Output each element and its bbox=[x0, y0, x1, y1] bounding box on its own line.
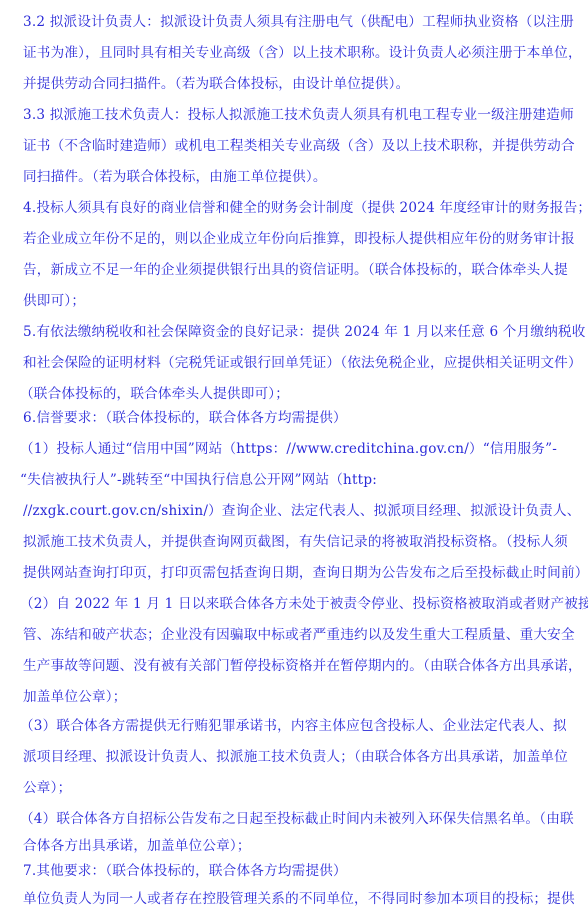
text-line: （联合体投标的，联合体牵头人提供即可）； bbox=[20, 385, 289, 403]
section-heading: 7.其他要求：（联合体投标的，联合体各方均需提供） bbox=[23, 862, 347, 880]
text-line: 3.2 拟派设计负责人：拟派设计负责人须具有注册电气（供配电）工程师执业资格（以… bbox=[23, 13, 574, 31]
text-line: 若企业成立年份不足的，则以企业成立年份向后推算，即投标人提供相应年份的财务审计报 bbox=[23, 230, 575, 248]
text-line: 3.3 拟派施工技术负责人：投标人拟派施工技术负责人须具有机电工程专业一级注册建… bbox=[23, 106, 574, 124]
text-line: 证书（不含临时建造师）或机电工程类相关专业高级（含）及以上技术职称，并提供劳动合 bbox=[23, 137, 575, 155]
section-heading: 6.信誉要求：（联合体投标的，联合体各方均需提供） bbox=[23, 409, 347, 427]
text-line: （3）联合体各方需提供无行贿犯罪承诺书，内容主体应包含投标人、企业法定代表人、拟 bbox=[20, 717, 567, 735]
text-line: //zxgk.court.gov.cn/shixin/）查询企业、法定代表人、拟… bbox=[23, 502, 581, 520]
text-line: 4.投标人须具有良好的商业信誉和健全的财务会计制度（提供 2024 年度经审计的… bbox=[23, 199, 588, 217]
text-line: 单位负责人为同一人或者存在控股管理关系的不同单位，不得同时参加本项目的投标；提供 bbox=[23, 890, 575, 908]
text-line: “失信被执行人”-跳转至“中国执行信息公开网”网站（http: bbox=[20, 471, 377, 489]
text-line: 和社会保险的证明材料（完税凭证或银行回单凭证）（依法免税企业，应提供相关证明文件… bbox=[23, 354, 582, 372]
text-line: 加盖单位公章）； bbox=[23, 688, 127, 706]
text-line: （4）联合体各方自招标公告发布之日起至投标截止时间内未被列入环保失信黑名单。（由… bbox=[20, 810, 574, 828]
text-line: 提供网站查询打印页，打印页需包括查询日期，查询日期为公告发布之后至投标截止时间前… bbox=[23, 564, 588, 582]
text-line: 管、冻结和破产状态；企业没有因骗取中标或者严重违约以及发生重大工程质量、重大安全 bbox=[23, 626, 575, 644]
text-line: （2）自 2022 年 1 月 1 日以来联合体各方未处于被责令停业、投标资格被… bbox=[20, 595, 588, 613]
text-line: 派项目经理、拟派设计负责人、拟派施工技术负责人；（由联合体各方出具承诺，加盖单位 bbox=[23, 748, 568, 766]
text-line: 同扫描件。（若为联合体投标，由施工单位提供）。 bbox=[23, 168, 327, 186]
text-line: 证书为准），且同时具有相关专业高级（含）以上技术职称。设计负责人必须注册于本单位… bbox=[23, 44, 582, 62]
text-line: 并提供劳动合同扫描件。（若为联合体投标，由设计单位提供）。 bbox=[23, 75, 409, 93]
text-line: 5.有依法缴纳税收和社会保障资金的良好记录：提供 2024 年 1 月以来任意 … bbox=[23, 323, 586, 341]
text-line: 告，新成立不足一年的企业须提供银行出具的资信证明。（联合体投标的，联合体牵头人提 bbox=[23, 261, 568, 279]
text-line: 生产事故等问题、没有被有关部门暂停投标资格并在暂停期内的。（由联合体各方出具承诺… bbox=[23, 657, 582, 675]
text-line: 供即可）； bbox=[23, 292, 85, 310]
text-line: 合体各方出具承诺，加盖单位公章）； bbox=[23, 837, 251, 855]
text-line: （1）投标人通过“信用中国”网站（https：//www.creditchina… bbox=[20, 440, 557, 458]
text-line: 公章）； bbox=[23, 779, 71, 797]
text-line: 拟派施工技术负责人，并提供查询网页截图，有失信记录的将被取消投标资格。（投标人须 bbox=[23, 533, 568, 551]
